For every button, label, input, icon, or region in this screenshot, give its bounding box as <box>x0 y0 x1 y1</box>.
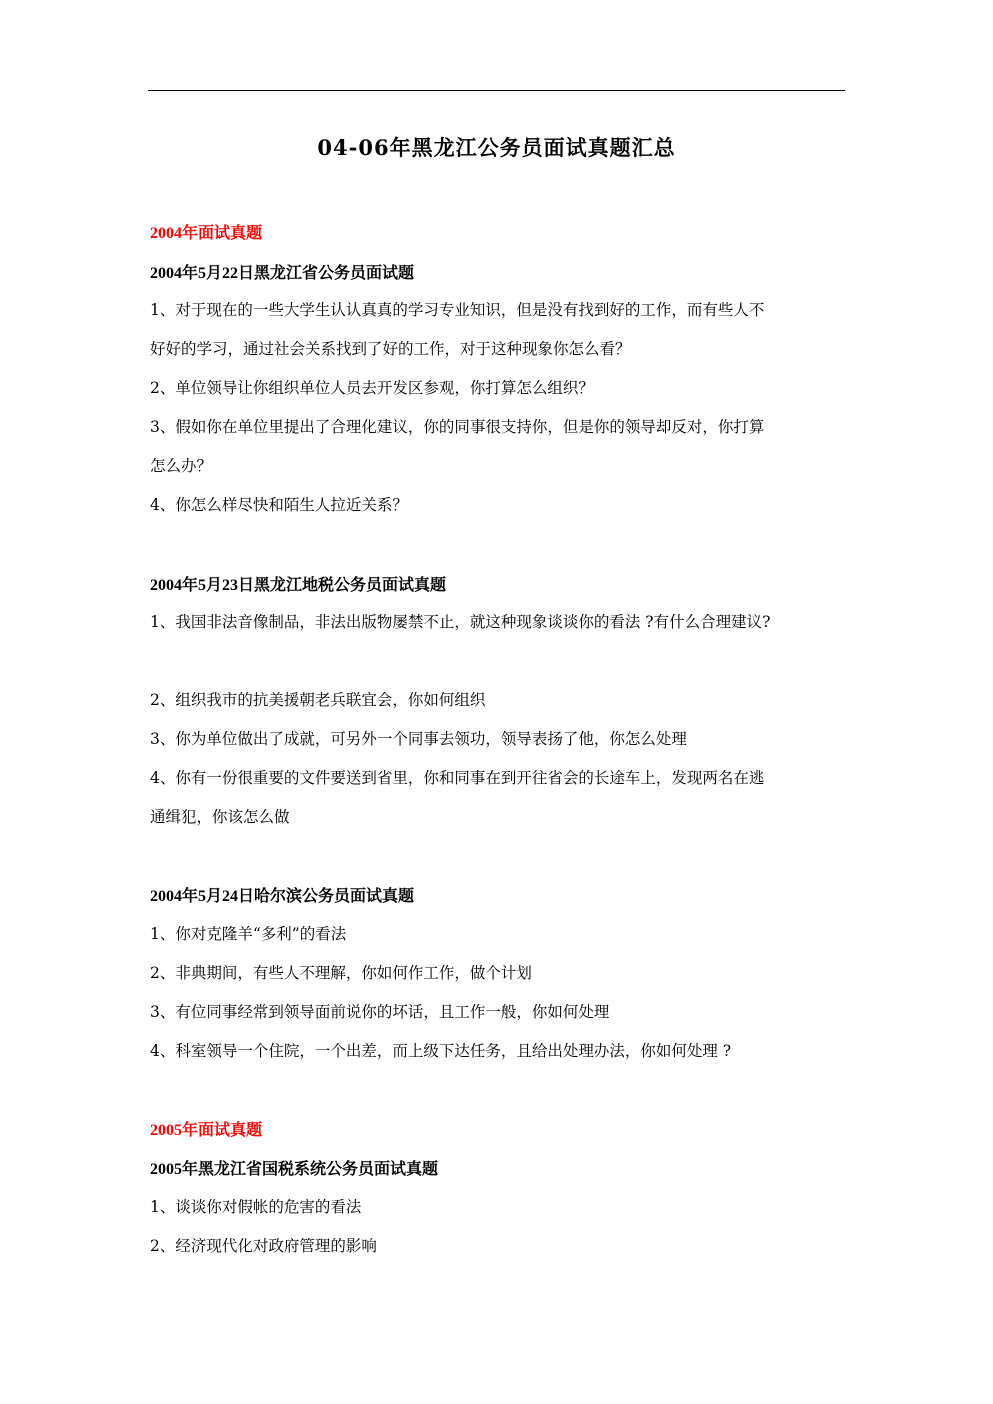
question-line: 4、你有一份很重要的文件要送到省里，你和同事在到开往省会的长途车上，发现两名在逃 <box>150 766 764 788</box>
section-heading-2004: 2004年面试真题 <box>150 220 262 243</box>
subheading-2005-guoshui: 2005年黑龙江省国税系统公务员面试真题 <box>150 1156 438 1179</box>
subheading-2004-05-23: 2004年5月23日黑龙江地税公务员面试真题 <box>150 572 446 595</box>
header-rule <box>148 90 845 91</box>
question-line: 2、单位领导让你组织单位人员去开发区参观，你打算怎么组织？ <box>150 376 594 398</box>
question-line: 2、非典期间，有些人不理解，你如何作工作，做个计划 <box>150 961 532 983</box>
question-line: 1、谈谈你对假帐的危害的看法 <box>150 1195 361 1217</box>
subheading-2004-05-22: 2004年5月22日黑龙江省公务员面试题 <box>150 260 414 283</box>
section-heading-2005: 2005年面试真题 <box>150 1117 262 1140</box>
question-line: 3、你为单位做出了成就，可另外一个同事去领功，领导表扬了他，你怎么处理 <box>150 727 687 749</box>
question-line: 1、对于现在的一些大学生认认真真的学习专业知识，但是没有找到好的工作，而有些人不 <box>150 298 764 320</box>
question-line: 怎么办？ <box>150 454 212 476</box>
document-title: 04-06年黑龙江公务员面试真题汇总 <box>0 132 993 162</box>
question-line: 通缉犯，你该怎么做 <box>150 805 290 827</box>
question-line: 1、你对克隆羊“多利”的看法 <box>150 922 346 944</box>
question-line: 1、我国非法音像制品，非法出版物屡禁不止，就这种现象谈谈你的看法 ?有什么合理建… <box>150 610 770 632</box>
question-line: 好好的学习，通过社会关系找到了好的工作，对于这种现象你怎么看？ <box>150 337 631 359</box>
question-line: 4、科室领导一个住院，一个出差，而上级下达任务，且给出处理办法，你如何处理 ? <box>150 1039 731 1061</box>
subheading-2004-05-24: 2004年5月24日哈尔滨公务员面试真题 <box>150 883 414 906</box>
question-line: 3、有位同事经常到领导面前说你的坏话，且工作一般，你如何处理 <box>150 1000 609 1022</box>
question-line: 4、你怎么样尽快和陌生人拉近关系？ <box>150 493 408 515</box>
question-line: 2、组织我市的抗美援朝老兵联宜会，你如何组织 <box>150 688 485 710</box>
question-line: 3、假如你在单位里提出了合理化建议，你的同事很支持你，但是你的领导却反对，你打算 <box>150 415 764 437</box>
question-line: 2、经济现代化对政府管理的影响 <box>150 1234 377 1256</box>
